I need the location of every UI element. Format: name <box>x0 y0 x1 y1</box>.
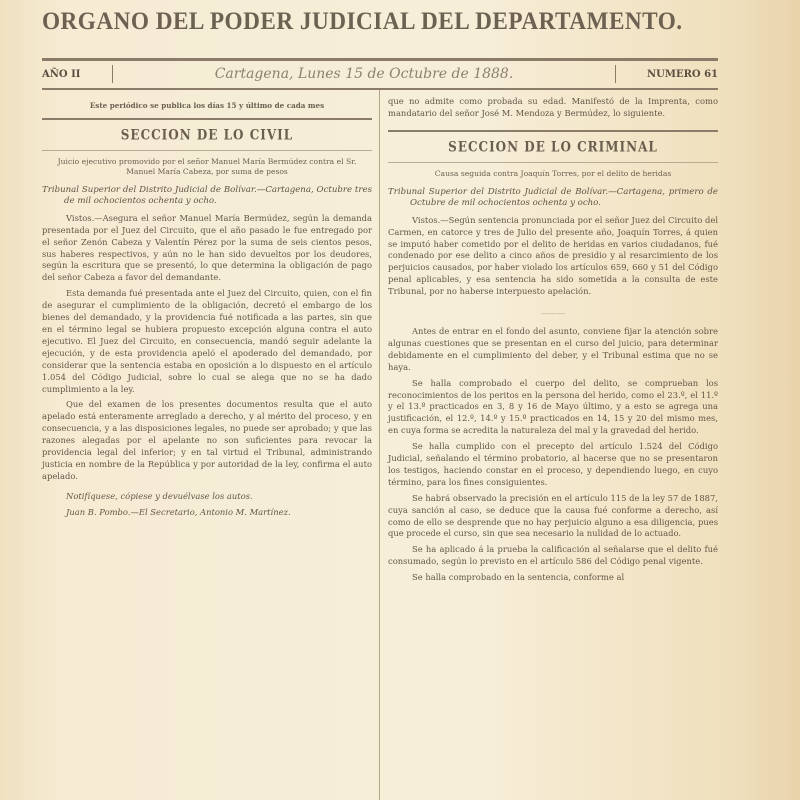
body-paragraph: Que del examen de los presentes document… <box>42 399 372 482</box>
left-column: Este periódico se publica los días 15 y … <box>42 96 372 523</box>
section-rule <box>42 118 372 120</box>
body-paragraph: Antes de entrar en el fondo del asunto, … <box>388 326 718 374</box>
right-column: que no admite como probada su edad. Mani… <box>388 96 718 588</box>
year-label: AÑO II <box>42 69 112 80</box>
publication-notice: Este periódico se publica los días 15 y … <box>42 100 372 112</box>
body-paragraph: Esta demanda fué presentada ante el Juez… <box>42 288 372 395</box>
masthead-rule-bottom <box>42 88 718 90</box>
issue-number: NUMERO 61 <box>616 69 718 80</box>
column-divider <box>379 90 380 800</box>
body-paragraph: Se habrá observado la precisión en el ar… <box>388 493 718 541</box>
dateline-bar: AÑO II Cartagena, Lunes 15 de Octubre de… <box>42 64 718 84</box>
masthead-title: ORGANO DEL PODER JUDICIAL DEL DEPARTAMEN… <box>42 8 671 36</box>
section-title-civil: SECCION DE LO CIVIL <box>42 129 372 143</box>
court-caption: Tribunal Superior del Distrito Judicial … <box>42 185 372 207</box>
issue-date: Cartagena, Lunes 15 de Octubre de 1888. <box>113 66 615 82</box>
body-paragraph: Se halla cumplido con el precepto del ar… <box>388 441 718 489</box>
body-paragraph: Vistos.—Según sentencia pronunciada por … <box>388 215 718 298</box>
section-rule <box>388 130 718 132</box>
signature-line: Juan B. Pombo.—El Secretario, Antonio M.… <box>42 507 372 519</box>
continued-text: que no admite como probada su edad. Mani… <box>388 96 718 120</box>
closing-line: Notifíquese, cópiese y devuélvase los au… <box>42 491 372 503</box>
paragraph-separator: ——— <box>388 308 718 320</box>
body-paragraph: Se halla comprobado el cuerpo del delito… <box>388 378 718 438</box>
section-rule-thin <box>388 162 718 163</box>
case-summary: Causa seguida contra Joaquín Torres, por… <box>396 169 710 179</box>
body-paragraph: Se halla comprobado en la sentencia, con… <box>388 572 718 584</box>
section-rule-thin <box>42 150 372 151</box>
section-title-criminal: SECCION DE LO CRIMINAL <box>388 141 718 155</box>
case-summary: Juicio ejecutivo promovido por el señor … <box>50 157 364 177</box>
court-caption: Tribunal Superior del Distrito Judicial … <box>388 187 718 209</box>
masthead-rule-top <box>42 58 718 61</box>
body-paragraph: Se ha aplicado á la prueba la calificaci… <box>388 544 718 568</box>
body-paragraph: Vistos.—Asegura el señor Manuel María Be… <box>42 213 372 284</box>
